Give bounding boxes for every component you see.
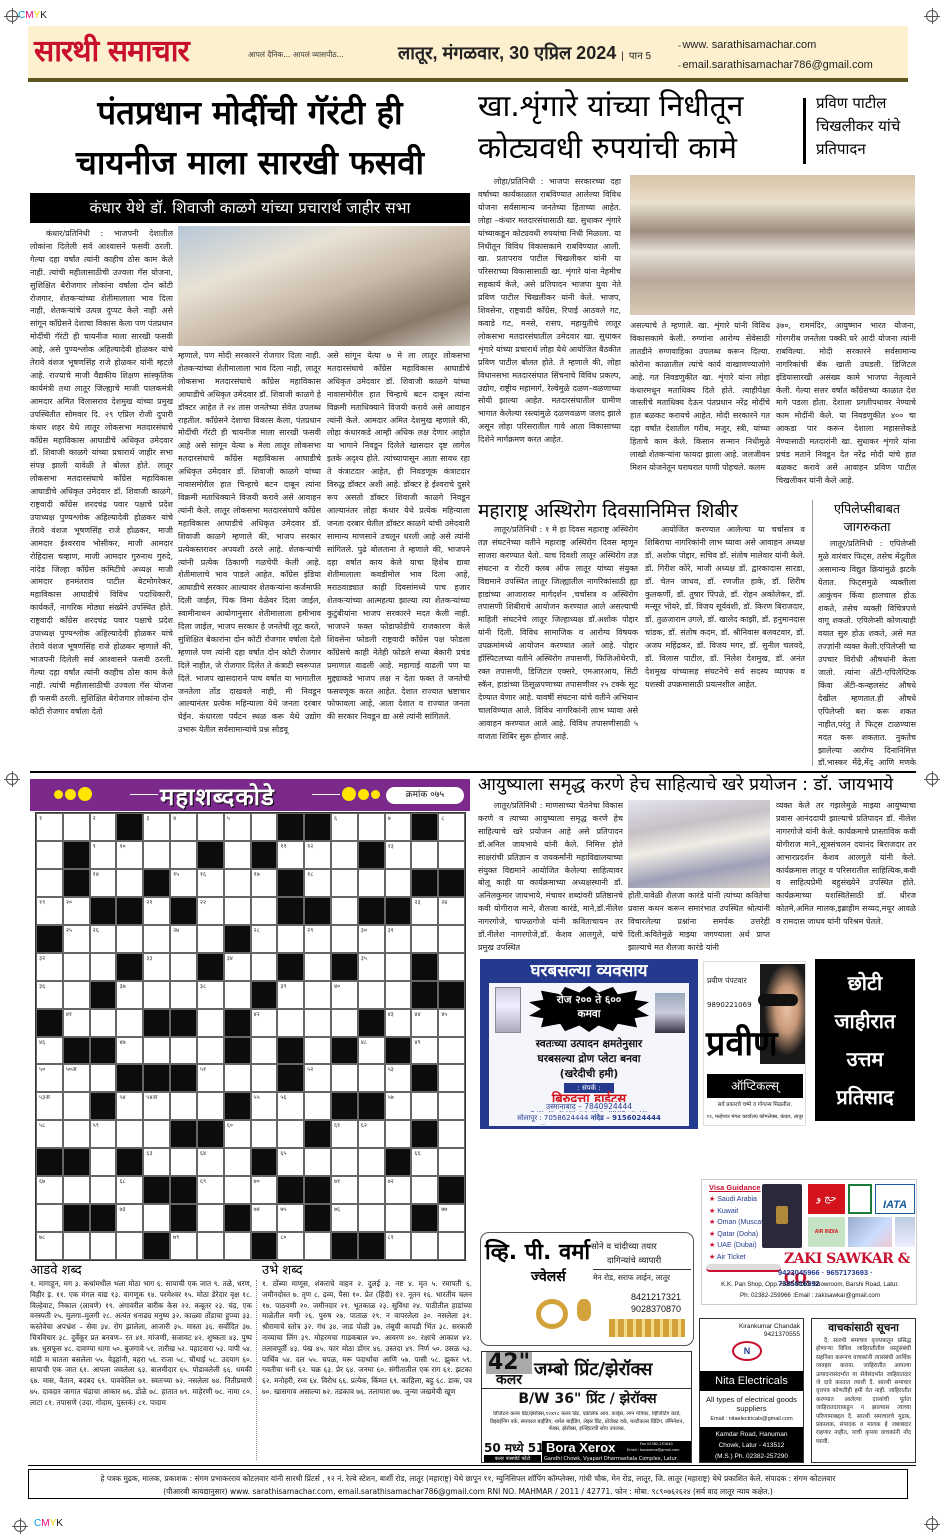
crossword-cell[interactable] — [358, 1064, 385, 1092]
crossword-black-cell — [116, 897, 143, 925]
crossword-black-cell — [277, 813, 304, 841]
crossword-cell[interactable] — [197, 1009, 224, 1037]
crossword-black-cell — [277, 897, 304, 925]
registration-mark-icon — [14, 1520, 26, 1532]
crossword-cell[interactable] — [197, 1204, 224, 1232]
crossword-cell[interactable] — [358, 1204, 385, 1232]
contact-info: ▫ www. sarathisamachar.com ▫ email.sarat… — [678, 36, 873, 76]
crossword-black-cell — [304, 813, 331, 841]
crossword-black-cell — [358, 1092, 385, 1120]
country-item: ★ Air Ticket — [709, 1252, 765, 1264]
crossword-cell[interactable]: ३ — [143, 813, 170, 841]
crossword-cell[interactable] — [90, 1009, 117, 1037]
crossword-cell[interactable]: ७५ — [277, 1204, 304, 1232]
crossword-cell[interactable]: ६८ — [116, 1176, 143, 1204]
crossword-cell[interactable] — [36, 841, 63, 869]
crossword-cell[interactable] — [277, 1009, 304, 1037]
crossword-cell[interactable] — [277, 1120, 304, 1148]
crossword-black-cell — [90, 981, 117, 1009]
crossword-cell[interactable]: ६ — [331, 813, 358, 841]
crossword-cell[interactable]: १ — [36, 813, 63, 841]
crossword-cell[interactable]: ३१ — [385, 925, 412, 953]
crossword-cell[interactable] — [224, 981, 251, 1009]
crossword-black-cell — [116, 1148, 143, 1176]
address-line: Chowk, Latur - 413512 — [700, 1440, 803, 1451]
crossword-black-cell — [224, 1037, 251, 1065]
article-shrungare-col2: असल्याचे ते म्हणाले. खा. शृंगारे यांनी व… — [630, 320, 770, 492]
ad-zaki-sawkar[interactable]: Visa Guidance ★ Saudi Arabia★ Kuwait★ Om… — [701, 1179, 917, 1305]
crossword-cell[interactable] — [143, 841, 170, 869]
crossword-cell[interactable] — [224, 1148, 251, 1176]
crossword-cell[interactable] — [251, 1037, 278, 1065]
crossword-cell[interactable]: ४५ — [438, 1009, 465, 1037]
crossword-cell[interactable]: ३७ — [116, 981, 143, 1009]
crossword-cell[interactable]: ५ — [224, 813, 251, 841]
crossword-cell[interactable]: ४४ — [411, 1009, 438, 1037]
address-block: Kamdar Road, Hanuman Chowk, Latur - 4135… — [700, 1427, 803, 1463]
umrah-badge: حج و عمرہ — [808, 1184, 845, 1214]
crossword-cell[interactable] — [63, 981, 90, 1009]
article-shrungare-col3: ३७०, राममंदिर, आयुष्मान भारत योजना, गोरग… — [776, 320, 916, 492]
crossword-cell[interactable] — [197, 1037, 224, 1065]
crossword-black-cell — [116, 813, 143, 841]
crossword-cell[interactable] — [224, 1064, 251, 1092]
crossword-cell[interactable] — [197, 1092, 224, 1120]
crossword-cell[interactable] — [411, 1232, 438, 1260]
offer: 50 मध्ये 51 — [484, 1441, 544, 1455]
brand-block: Bora Xerox Fax 02382-251640 Email : bora… — [542, 1441, 692, 1463]
crossword-cell[interactable]: ४२ — [251, 1009, 278, 1037]
crossword-cell[interactable] — [143, 1120, 170, 1148]
crossword-black-cell — [385, 1148, 412, 1176]
registration-mark-icon — [926, 10, 938, 22]
crossword-cell[interactable] — [90, 1064, 117, 1092]
crossword-cell[interactable]: ३९ — [277, 981, 304, 1009]
crossword-cell[interactable]: ७२ — [385, 1176, 412, 1204]
star-icon: ★ — [709, 1196, 715, 1203]
crossword-cell[interactable]: २५ — [63, 925, 90, 953]
crossword-cell[interactable]: ७३ — [116, 1204, 143, 1232]
crossword-cell[interactable]: १९ — [36, 897, 63, 925]
star-icon: ★ — [709, 1242, 715, 1249]
bangle-icon — [536, 1299, 568, 1329]
crossword-cell[interactable] — [224, 897, 251, 925]
crossword-cell[interactable]: १४ — [90, 869, 117, 897]
star-icon: ★ — [709, 1231, 715, 1238]
crossword-black-cell — [143, 1064, 170, 1092]
crossword-black-cell — [358, 897, 385, 925]
crossword-cell[interactable]: ५२ — [304, 1064, 331, 1092]
crossword-cell[interactable] — [90, 953, 117, 981]
headline-modi: पंतप्रधान मोदींची गॅरंटी ही चायनीज माला … — [30, 88, 470, 188]
crossword-black-cell — [304, 1176, 331, 1204]
across-heading: आडवे शब्द — [30, 1263, 252, 1279]
registration-mark-icon — [926, 773, 938, 785]
crossword-black-cell — [170, 1064, 197, 1092]
crossword-black-cell — [277, 953, 304, 981]
crossword-cell[interactable] — [36, 1204, 63, 1232]
crossword-cell[interactable]: ६० — [224, 1120, 251, 1148]
notice-body: दै. सारथी समाचार वृत्तपत्रातून प्रसिद्ध … — [812, 1337, 915, 1459]
crossword-cell[interactable]: ३० — [358, 925, 385, 953]
crossword-cell[interactable]: ३२ — [36, 953, 63, 981]
crossword-cell[interactable] — [63, 813, 90, 841]
crossword-cell[interactable]: १० — [116, 841, 143, 869]
crossword-black-cell — [411, 869, 438, 897]
crossword-cell[interactable] — [63, 1232, 90, 1260]
crossword-cell[interactable] — [385, 953, 412, 981]
ad-chhoti-jahirat[interactable]: छोटी जाहीरात उत्तम प्रतिसाद — [815, 959, 915, 1121]
down-clue-text: १. ठोंब्या माणूस, शंकराचे वाहन २. दुलई ३… — [262, 1279, 472, 1471]
color-label: कलर — [486, 1372, 532, 1388]
crossword-cell[interactable] — [304, 1009, 331, 1037]
country-label: Oman (Muscat) — [717, 1219, 765, 1226]
crossword-title: महाशब्दकोडे — [160, 780, 275, 815]
crossword-cell[interactable]: १५ — [170, 869, 197, 897]
crossword-cell[interactable] — [143, 1204, 170, 1232]
crossword-cell[interactable] — [224, 841, 251, 869]
crossword-cell[interactable]: ५५ — [251, 1092, 278, 1120]
crossword-cell[interactable]: ६२ — [358, 1120, 385, 1148]
crossword-black-cell — [411, 813, 438, 841]
crossword-cell[interactable] — [170, 1037, 197, 1065]
crossword-black-cell — [358, 1232, 385, 1260]
crossword-cell[interactable]: ७४ — [251, 1204, 278, 1232]
crossword-cell[interactable] — [304, 953, 331, 981]
ad-vp-verma[interactable]: व्हि. पी. वर्मा ज्वेलर्स सोने व चांदीच्य… — [480, 1232, 694, 1346]
crossword-cell[interactable] — [224, 869, 251, 897]
crossword-grid[interactable]: १२३४५६७८९१०१११२१३१४१५१६१७१८१९२०२१२२२३२४२… — [35, 812, 466, 1261]
crossword-cell[interactable] — [90, 1148, 117, 1176]
crossword-black-cell — [251, 841, 278, 869]
crossword-black-cell — [170, 897, 197, 925]
crossword-cell[interactable] — [143, 925, 170, 953]
star-icon: ★ — [709, 1254, 715, 1261]
crossword-black-cell — [224, 1204, 251, 1232]
sunglasses-icon — [758, 994, 798, 1006]
tagline: आपलं दैनिक... आपलं व्यासपीठ... — [248, 50, 344, 61]
headline-epilepsy: एपिलेप्सीबाबत जागरुकता — [818, 500, 916, 536]
crossword-cell[interactable]: २० — [63, 897, 90, 925]
crossword-black-cell — [36, 1009, 63, 1037]
crossword-cell[interactable] — [170, 953, 197, 981]
visa-heading: Visa Guidance — [709, 1183, 761, 1194]
earring-icon — [577, 1299, 591, 1321]
registration-mark-icon — [6, 773, 18, 785]
crossword-cell[interactable] — [277, 925, 304, 953]
country-item: ★ UAE (Dubai) — [709, 1240, 765, 1252]
registration-mark-icon — [926, 1518, 938, 1530]
crossword-cell[interactable]: ८० — [277, 1232, 304, 1260]
crossword-cell[interactable] — [197, 1232, 224, 1260]
crossword-cell[interactable] — [358, 981, 385, 1009]
crossword-cell[interactable]: ४७ — [116, 1037, 143, 1065]
crossword-cell[interactable]: ५०अ — [63, 1064, 90, 1092]
crossword-cell[interactable]: ८१ — [385, 1232, 412, 1260]
title-rule — [130, 794, 158, 795]
crossword-cell[interactable]: ५३अ — [36, 1092, 63, 1120]
crossword-cell[interactable]: ४६ — [36, 1037, 63, 1065]
crossword-cell[interactable]: २४ — [438, 897, 465, 925]
crossword-cell[interactable] — [251, 1064, 278, 1092]
crossword-cell[interactable] — [438, 1064, 465, 1092]
crossword-cell[interactable] — [116, 1232, 143, 1260]
address-line: (M.S.) Ph. 02382-257290 — [700, 1451, 803, 1462]
crossword-cell[interactable]: ५८ — [36, 1120, 63, 1148]
crossword-cell[interactable] — [251, 953, 278, 981]
crossword-cell[interactable] — [224, 1176, 251, 1204]
crossword-cell[interactable]: ५१ — [197, 1064, 224, 1092]
crossword-cell[interactable]: २ — [90, 813, 117, 841]
shrungare-side-head: प्रविण पाटील चिखलीकर यांचे प्रतिपादन — [816, 92, 916, 161]
email-link[interactable]: email.sarathisamachar786@gmail.com — [682, 59, 872, 71]
crossword-cell[interactable]: ५७ — [385, 1092, 412, 1120]
plates-icon — [655, 993, 685, 1033]
address: Gandhi Chowk, Vyapari Dharmashala Comple… — [544, 1455, 678, 1463]
crossword-cell[interactable] — [438, 1120, 465, 1148]
reader-notice: वाचकांसाठी सूचना दै. सारथी समाचार वृत्तप… — [811, 1318, 916, 1463]
crossword-black-cell — [90, 1092, 117, 1120]
crossword-cell[interactable] — [304, 1148, 331, 1176]
website-link[interactable]: www. sarathisamachar.com — [682, 39, 816, 51]
crossword-cell[interactable] — [170, 1092, 197, 1120]
crossword-black-cell — [63, 841, 90, 869]
crossword-cell[interactable]: ७६ — [331, 1204, 358, 1232]
headline-divider — [803, 98, 806, 164]
crossword-black-cell — [411, 953, 438, 981]
crossword-cell[interactable] — [116, 1009, 143, 1037]
issue-date: लातूर, मंगळवार, 30 एप्रिल 2024 | पान 5 — [398, 40, 651, 66]
crossword-cell[interactable] — [304, 1232, 331, 1260]
brand-name: प्रवीण — [706, 1024, 778, 1064]
crossword-cell[interactable]: ६६ — [411, 1148, 438, 1176]
passport-emblem-icon — [776, 1206, 788, 1224]
crossword-black-cell — [438, 869, 465, 897]
crossword-black-cell — [304, 897, 331, 925]
crossword-cell[interactable] — [385, 981, 412, 1009]
crossword-cell[interactable]: ५४अ — [143, 1092, 170, 1120]
crossword-cell[interactable] — [438, 1232, 465, 1260]
crossword-black-cell — [251, 981, 278, 1009]
crossword-black-cell — [277, 869, 304, 897]
crossword-cell[interactable]: ७ — [385, 813, 412, 841]
headline-line: पंतप्रधान मोदींची गॅरंटी ही — [30, 88, 470, 138]
crossword-cell[interactable] — [411, 1092, 438, 1120]
crossword-cell[interactable] — [411, 925, 438, 953]
crossword-cell[interactable] — [331, 925, 358, 953]
crossword-cell[interactable] — [304, 1092, 331, 1120]
crossword-cell[interactable] — [411, 841, 438, 869]
crossword-cell[interactable] — [63, 1176, 90, 1204]
crossword-cell[interactable] — [170, 1148, 197, 1176]
crossword-black-cell — [224, 1092, 251, 1120]
crossword-black-cell — [251, 1232, 278, 1260]
crossword-black-cell — [411, 1064, 438, 1092]
crossword-cell[interactable]: २६ — [90, 925, 117, 953]
subhead-modi: कंधार येथे डॉ. शिवाजी काळगे यांच्या प्रच… — [30, 193, 470, 223]
crossword-cell[interactable] — [358, 1176, 385, 1204]
crossword-black-cell — [438, 1176, 465, 1204]
crossword-black-cell — [143, 869, 170, 897]
id-card-image — [848, 1217, 892, 1247]
crossword-cell[interactable]: ६७ — [36, 1176, 63, 1204]
crossword-cell[interactable] — [438, 953, 465, 981]
ad-gharbasalya[interactable]: घरबसल्या व्यवसाय रोज २०० ते ६०० कमवा स्व… — [480, 959, 698, 1129]
crossword-cell[interactable]: ४९ — [411, 1037, 438, 1065]
crossword-cell[interactable]: ५६ — [277, 1092, 304, 1120]
crossword-cell[interactable] — [251, 897, 278, 925]
crossword-cell[interactable] — [143, 1037, 170, 1065]
crossword-cell[interactable]: ३५ — [358, 953, 385, 981]
crossword-cell[interactable]: २२ — [197, 897, 224, 925]
headline-jayabhaye: आयुष्याला समृद्ध करणे हेच साहित्याचे खरे… — [478, 772, 918, 798]
crossword-cell[interactable]: ६५ — [277, 1148, 304, 1176]
crossword-cell[interactable]: ६९ — [197, 1176, 224, 1204]
crossword-cell[interactable]: ३३ — [143, 953, 170, 981]
crossword-black-cell — [331, 1037, 358, 1065]
crossword-cell[interactable]: २७ — [170, 925, 197, 953]
crossword-cell[interactable] — [385, 869, 412, 897]
crossword-cell[interactable]: १३ — [385, 841, 412, 869]
crossword-cell[interactable]: २८ — [251, 925, 278, 953]
crossword-cell[interactable] — [170, 841, 197, 869]
crossword-cell[interactable]: ७७ — [438, 1204, 465, 1232]
award-photo — [628, 800, 770, 888]
crossword-cell[interactable]: ५० — [36, 1064, 63, 1092]
crossword-cell[interactable]: ७१ — [331, 1176, 358, 1204]
crossword-cell[interactable]: १८ — [304, 869, 331, 897]
crossword-cell[interactable]: ६३ — [143, 1148, 170, 1176]
desc-2: दागिन्यांचे व्यापारी — [607, 1255, 661, 1267]
crossword-cell[interactable] — [438, 1037, 465, 1065]
crossword-black-cell — [90, 1037, 117, 1065]
ad-bora-xerox[interactable]: 42" कलर जम्बो प्रिंट/झेरॉक्स B/W 36" प्र… — [481, 1351, 692, 1463]
crossword-cell[interactable] — [304, 1037, 331, 1065]
crossword-cell[interactable] — [116, 869, 143, 897]
crossword-cell[interactable]: ९ — [90, 841, 117, 869]
crossword-black-cell — [170, 1009, 197, 1037]
crossword-cell[interactable] — [90, 1176, 117, 1204]
crossword-black-cell — [63, 1037, 90, 1065]
crossword-cell[interactable] — [36, 869, 63, 897]
crossword-cell[interactable]: ५९ — [90, 1120, 117, 1148]
crossword-black-cell — [224, 1009, 251, 1037]
crossword-cell[interactable]: ११ — [277, 841, 304, 869]
crossword-cell[interactable]: २१ — [143, 897, 170, 925]
crossword-cell[interactable] — [197, 813, 224, 841]
crossword-cell[interactable]: ४८ — [358, 1037, 385, 1065]
crossword-cell[interactable]: ७० — [251, 1176, 278, 1204]
crossword-cell[interactable] — [385, 1120, 412, 1148]
crossword-cell[interactable] — [331, 841, 358, 869]
crossword-black-cell — [331, 953, 358, 981]
crossword-cell[interactable]: ४३ — [385, 1009, 412, 1037]
crossword-cell[interactable] — [251, 813, 278, 841]
crossword-cell[interactable] — [90, 1232, 117, 1260]
meeting-photo — [630, 175, 915, 315]
ad-nita-electricals[interactable]: Kirankumar Chandak 9421370555 N Nita Ele… — [699, 1318, 804, 1463]
crossword-cell[interactable] — [331, 869, 358, 897]
crossword-cell[interactable] — [63, 1120, 90, 1148]
country-label: UAE (Dubai) — [717, 1242, 756, 1249]
crossword-cell[interactable] — [358, 869, 385, 897]
crossword-cell[interactable]: २९ — [304, 925, 331, 953]
crossword-cell[interactable] — [63, 953, 90, 981]
crossword-cell[interactable] — [304, 981, 331, 1009]
ad-title: घरबसल्या व्यवसाय — [480, 960, 698, 982]
crossword-cell[interactable]: ६१ — [331, 1120, 358, 1148]
crossword-cell[interactable]: ४० — [331, 981, 358, 1009]
crossword-cell[interactable] — [331, 1148, 358, 1176]
crossword-cell[interactable]: ६४ — [197, 1148, 224, 1176]
machine-icon — [495, 987, 521, 1033]
crossword-black-cell — [63, 1204, 90, 1232]
crossword-cell[interactable]: १२ — [304, 841, 331, 869]
crossword-cell[interactable] — [438, 1148, 465, 1176]
crossword-cell[interactable] — [143, 981, 170, 1009]
brand-name: Bora Xerox — [546, 1441, 615, 1455]
crossword-cell[interactable] — [358, 813, 385, 841]
decorative-dots-left — [54, 787, 94, 801]
crossword-cell[interactable]: ५४ — [116, 1092, 143, 1120]
crossword-cell[interactable] — [438, 1092, 465, 1120]
owner-phone: 9421370555 — [764, 1330, 800, 1339]
crossword-cell[interactable] — [170, 981, 197, 1009]
crossword-cell[interactable] — [116, 925, 143, 953]
crossword-cell[interactable] — [385, 1204, 412, 1232]
crossword-cell[interactable]: ४ — [170, 813, 197, 841]
article-modi-col3: असे सांगून येत्या ७ मे ला लातूर लोकसभा म… — [327, 350, 470, 768]
crossword-cell[interactable] — [438, 925, 465, 953]
crossword-cell[interactable]: १७ — [251, 869, 278, 897]
headline-line: चायनीज माला सारखी फसवी — [30, 138, 470, 188]
crossword-cell[interactable] — [224, 1232, 251, 1260]
page-number: पान 5 — [629, 51, 651, 62]
crossword-cell[interactable]: ५३ — [385, 1064, 412, 1092]
crossword-cell[interactable]: १६ — [197, 869, 224, 897]
crossword-cell[interactable] — [358, 1148, 385, 1176]
crossword-black-cell — [170, 1176, 197, 1204]
email: Email : nitaelectricals@gmail.com — [700, 1416, 803, 1424]
crossword-cell[interactable] — [331, 1064, 358, 1092]
date-text: लातूर, मंगळवार, 30 एप्रिल 2024 — [398, 43, 616, 63]
crossword-cell[interactable]: ८ — [438, 813, 465, 841]
crossword-cell[interactable]: ७९ — [170, 1232, 197, 1260]
crossword-cell[interactable]: २३ — [411, 897, 438, 925]
crossword-cell[interactable] — [63, 1092, 90, 1120]
crossword-black-cell — [358, 841, 385, 869]
crossword-cell[interactable] — [331, 1009, 358, 1037]
promo-line: उत्तम — [815, 1040, 915, 1078]
crossword-cell[interactable] — [116, 1120, 143, 1148]
promo-line: छोटी — [815, 964, 915, 1002]
crossword-cell[interactable]: ३६ — [36, 981, 63, 1009]
country-label: Saudi Arabia — [717, 1196, 757, 1203]
crossword-cell[interactable]: ४१ — [63, 1009, 90, 1037]
ad-praveen-optical[interactable]: प्रवीण पंपटवार 9890221069 प्रवीण ऑप्टिकल… — [703, 961, 806, 1126]
crossword-cell[interactable] — [411, 1176, 438, 1204]
ad-line2: घरबसल्या द्रोण प्लेटा बनवा — [489, 1052, 689, 1067]
crossword-cell[interactable]: ३८ — [197, 981, 224, 1009]
crossword-cell[interactable] — [331, 897, 358, 925]
crossword-cell[interactable]: ३४ — [224, 953, 251, 981]
crossword-cell[interactable] — [197, 925, 224, 953]
crossword-black-cell — [170, 1120, 197, 1148]
crossword-black-cell — [90, 1204, 117, 1232]
crossword-cell[interactable]: ७८ — [36, 1232, 63, 1260]
crossword-cell[interactable] — [251, 1120, 278, 1148]
crossword-cell[interactable] — [438, 841, 465, 869]
